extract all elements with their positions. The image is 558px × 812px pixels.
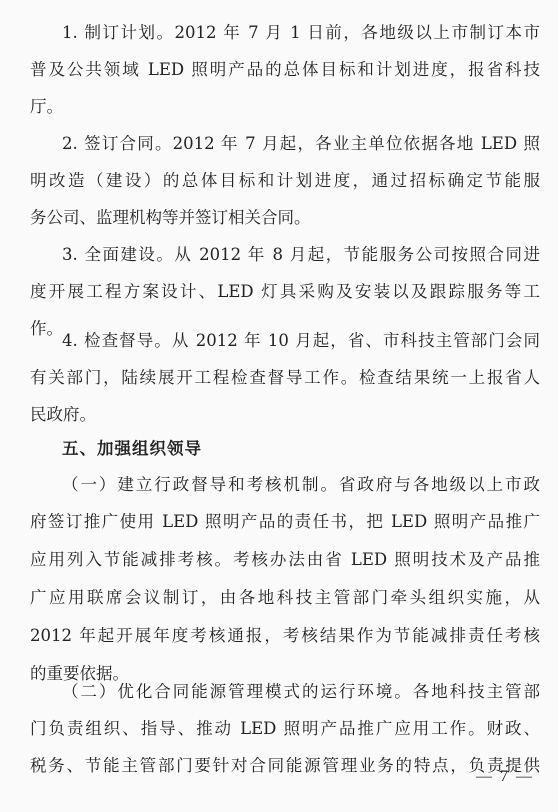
paragraph-line: 民政府。 [30,400,540,430]
page-number: — 7 — [476,768,534,786]
paragraph-line: 2. 签订合同。2012 年 7 月起，各业主单位依据各地 LED 照 [62,129,540,159]
paragraph-line: 明改造（建设）的总体目标和计划进度，通过招标确定节能服 [30,166,540,196]
paragraph-line: 4. 检查督导。从 2012 年 10 月起，省、市科技主管部门会同 [62,326,540,356]
paragraph-line: 府签订推广使用 LED 照明产品的责任书，把 LED 照明产品推广 [30,507,540,537]
paragraph-line: 有关部门，陆续展开工程检查督导工作。检查结果统一上报省人 [30,363,540,393]
paragraph-line: 应用列入节能减排考核。考核办法由省 LED 照明技术及产品推 [30,545,540,575]
section-heading: 五、加强组织领导 [62,434,540,464]
paragraph-line: 度开展工程方案设计、LED 灯具采购及安装以及跟踪服务等工 [30,277,540,307]
paragraph-line: （二）优化合同能源管理模式的运行环境。各地科技主管部 [62,677,540,707]
paragraph-line: 门负责组织、指导、推动 LED 照明产品推广应用工作。财政、 [30,714,540,744]
paragraph-line: 广应用联席会议制订，由各地科技主管部门牵头组织实施，从 [30,583,540,613]
paragraph-line: 厅。 [30,92,540,122]
paragraph-line: 务公司、监理机构等并签订相关合同。 [30,203,540,233]
paragraph-line: 普及公共领域 LED 照明产品的总体目标和计划进度，报省科技 [30,55,540,85]
paragraph-line: 2012 年起开展年度考核通报，考核结果作为节能减排责任考核 [30,621,540,651]
paragraph-line: （一）建立行政督导和考核机制。省政府与各地级以上市政 [62,470,540,500]
paragraph-line: 1. 制订计划。2012 年 7 月 1 日前，各地级以上市制订本市 [62,18,540,48]
paragraph-line: 税务、节能主管部门要针对合同能源管理业务的特点，负责提供 [30,751,540,781]
paragraph-line: 3. 全面建设。从 2012 年 8 月起，节能服务公司按照合同进 [62,240,540,270]
